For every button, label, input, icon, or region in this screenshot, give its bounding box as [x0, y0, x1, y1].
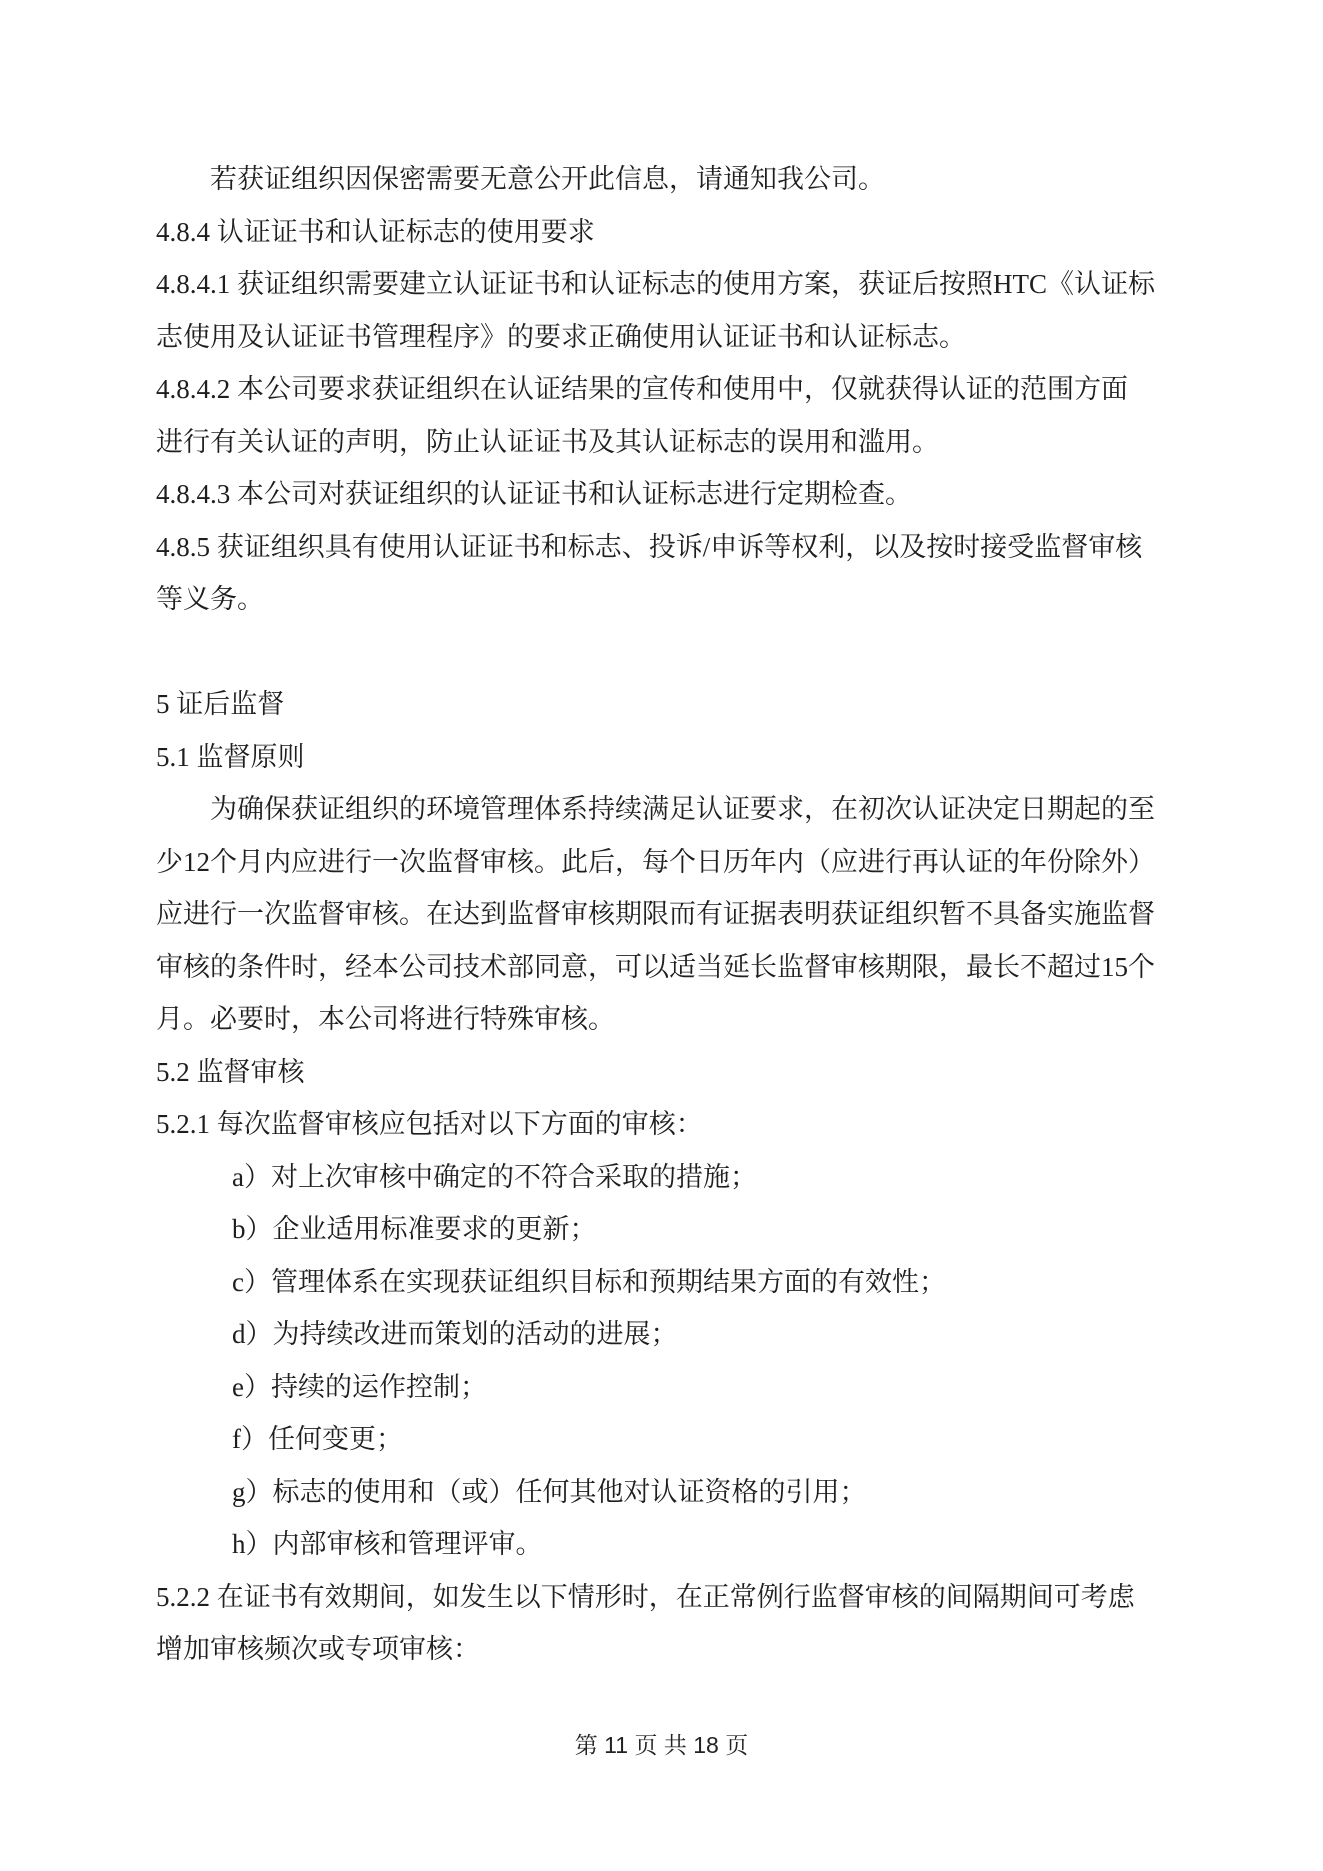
list-item-line: a）对上次审核中确定的不符合采取的措施；	[156, 1151, 1323, 1204]
section-heading-line: 4.8.4.1 获证组织需要建立认证证书和认证标志的使用方案，获证后按照HTC《…	[156, 258, 1323, 311]
document-body: 若获证组织因保密需要无意公开此信息，请通知我公司。4.8.4 认证证书和认证标志…	[156, 153, 1323, 1676]
section-heading-line: 5.2 监督审核	[156, 1046, 1323, 1099]
paragraph-line: 少12个月内应进行一次监督审核。此后，每个日历年内（应进行再认证的年份除外）	[156, 836, 1323, 889]
section-heading-line: 5 证后监督	[156, 678, 1323, 731]
section-heading-line: 4.8.4.3 本公司对获证组织的认证证书和认证标志进行定期检查。	[156, 468, 1323, 521]
list-item-line: c）管理体系在实现获证组织目标和预期结果方面的有效性；	[156, 1256, 1323, 1309]
paragraph-line: 等义务。	[156, 573, 1323, 626]
section-heading-line: 5.1 监督原则	[156, 731, 1323, 784]
section-heading-line: 5.2.1 每次监督审核应包括对以下方面的审核：	[156, 1098, 1323, 1151]
paragraph-line: 为确保获证组织的环境管理体系持续满足认证要求，在初次认证决定日期起的至	[156, 783, 1323, 836]
footer-page-number: 第 11 页 共 18 页	[575, 1732, 748, 1758]
list-item-line: e）持续的运作控制；	[156, 1361, 1323, 1414]
paragraph-line: 月。必要时，本公司将进行特殊审核。	[156, 993, 1323, 1046]
list-item-line: f）任何变更；	[156, 1413, 1323, 1466]
list-item-line: b）企业适用标准要求的更新；	[156, 1203, 1323, 1256]
section-heading-line: 5.2.2 在证书有效期间，如发生以下情形时，在正常例行监督审核的间隔期间可考虑	[156, 1571, 1323, 1624]
section-heading-line: 4.8.5 获证组织具有使用认证证书和标志、投诉/申诉等权利，以及按时接受监督审…	[156, 521, 1323, 574]
page-footer: 第 11 页 共 18 页	[0, 1727, 1323, 1760]
document-page: 若获证组织因保密需要无意公开此信息，请通知我公司。4.8.4 认证证书和认证标志…	[0, 0, 1323, 1871]
list-item-line: g）标志的使用和（或）任何其他对认证资格的引用；	[156, 1466, 1323, 1519]
paragraph-line: 审核的条件时，经本公司技术部同意，可以适当延长监督审核期限，最长不超过15个	[156, 941, 1323, 994]
section-heading-line: 4.8.4 认证证书和认证标志的使用要求	[156, 206, 1323, 259]
list-item-line: d）为持续改进而策划的活动的进展；	[156, 1308, 1323, 1361]
paragraph-line: 进行有关认证的声明，防止认证证书及其认证标志的误用和滥用。	[156, 416, 1323, 469]
paragraph-line: 若获证组织因保密需要无意公开此信息，请通知我公司。	[156, 153, 1323, 206]
blank-line	[156, 626, 1323, 679]
section-heading-line: 4.8.4.2 本公司要求获证组织在认证结果的宣传和使用中，仅就获得认证的范围方…	[156, 363, 1323, 416]
list-item-line: h）内部审核和管理评审。	[156, 1518, 1323, 1571]
paragraph-line: 增加审核频次或专项审核：	[156, 1623, 1323, 1676]
paragraph-line: 应进行一次监督审核。在达到监督审核期限而有证据表明获证组织暂不具备实施监督	[156, 888, 1323, 941]
paragraph-line: 志使用及认证证书管理程序》的要求正确使用认证证书和认证标志。	[156, 311, 1323, 364]
